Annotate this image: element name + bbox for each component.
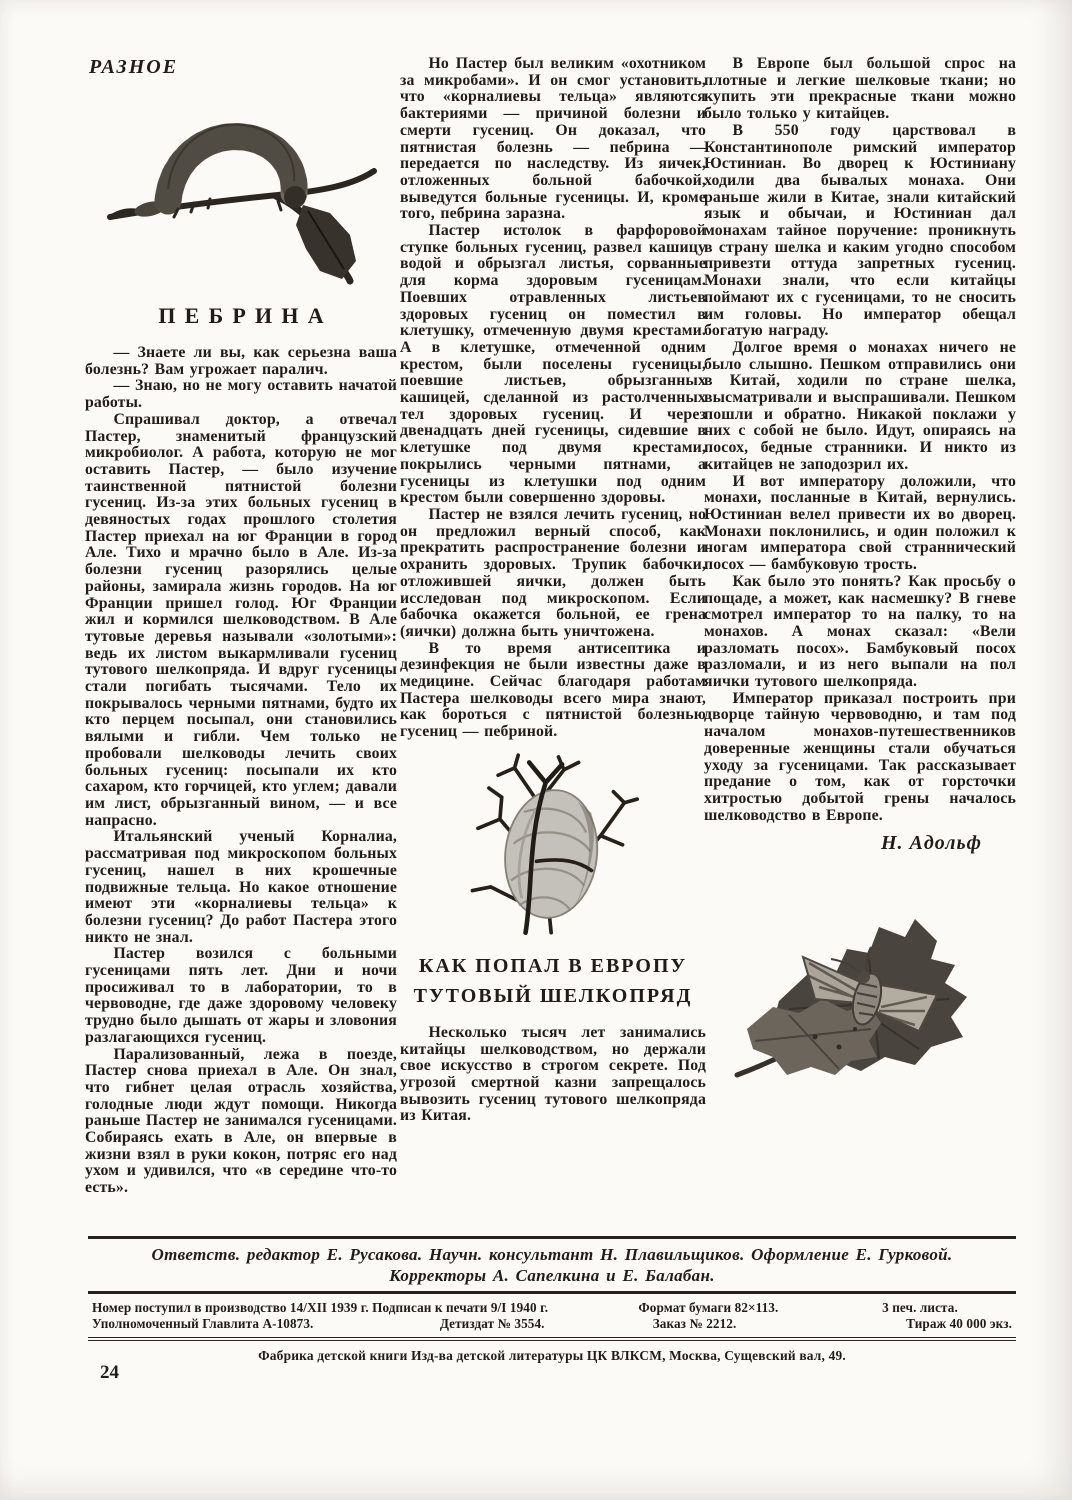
paragraph: Спрашивал доктор, а отвечал Пастер, знам… <box>85 412 397 830</box>
imprint-paper-format: Формат бумаги 82×113. <box>589 1300 828 1316</box>
imprint-block: Номер поступил в производство 14/XII 193… <box>88 1300 1016 1332</box>
pebrina-column2-text: Но Пастер был великим «охотником за микр… <box>400 56 706 741</box>
footer-double-rule <box>88 1337 1016 1341</box>
pebrina-column1-text: — Знаете ли вы, как серьезна ваша болезн… <box>85 345 397 1197</box>
imprint-detizdat: Детиздат № 3554. <box>396 1316 589 1332</box>
cocoon-illustration <box>434 751 672 935</box>
page-number: 24 <box>100 1362 119 1384</box>
author-signature: Н. Адольф <box>704 832 1016 855</box>
column-1: РАЗНОЕ ПЕБРИНА — Знаете ли вы, как серье… <box>85 56 397 1197</box>
imprint-glavlit: Уполномоченный Главлита А-10873. <box>92 1316 396 1332</box>
silkworm-column3-text: В Европе был большой спрос на плотные и … <box>704 56 1016 824</box>
imprint-row-1: Номер поступил в производство 14/XII 193… <box>92 1300 1012 1316</box>
paragraph: Парализованный, лежа в поезде, Пастер сн… <box>85 1047 397 1197</box>
paragraph: Итальянский ученый Корналиа, рассматрива… <box>85 829 397 946</box>
paragraph: Но Пастер был великим «охотником за микр… <box>400 56 706 223</box>
printer-line: Фабрика детской книги Изд-ва детской лит… <box>88 1348 1016 1364</box>
paragraph: В Европе был большой спрос на плотные и … <box>704 56 1016 123</box>
footer-mid-rule <box>88 1291 1016 1294</box>
caterpillar-illustration <box>98 93 384 285</box>
paragraph: Император приказал построить при дворце … <box>704 691 1016 825</box>
editors-line: Ответств. редактор Е. Русакова. Научн. к… <box>88 1245 1016 1265</box>
paragraph: Пастер не взялся лечить гусениц, но он п… <box>400 507 706 641</box>
paragraph: Пастер возился с больными гусеницами пят… <box>85 946 397 1046</box>
imprint-order: Заказ № 2212. <box>589 1316 801 1332</box>
paragraph: — Знаю, но не могу оставить начатой рабо… <box>85 378 397 411</box>
paragraph: Как было это понять? Как просьбу о пощад… <box>704 574 1016 691</box>
paragraph: — Знаете ли вы, как серьезна ваша болезн… <box>85 345 397 378</box>
imprint-row-2: Уполномоченный Главлита А-10873. Детизда… <box>92 1316 1012 1332</box>
magazine-page: РАЗНОЕ ПЕБРИНА — Знаете ли вы, как серье… <box>0 0 1072 1500</box>
moth-illustration <box>719 879 1001 1087</box>
paragraph: В то время антисептика и дезинфекция не … <box>400 641 706 741</box>
silkworm-intro-text: Несколько тысяч лет занимались китайцы ш… <box>400 1025 706 1125</box>
paragraph: Несколько тысяч лет занимались китайцы ш… <box>400 1025 706 1125</box>
column-3: В Европе был большой спрос на плотные и … <box>704 56 1016 1087</box>
correctors-line: Корректоры А. Сапелкина и Е. Балабан. <box>88 1266 1016 1286</box>
paragraph: И вот императору доложили, что монахи, п… <box>704 474 1016 574</box>
article-title-silkworm: КАК ПОПАЛ В ЕВРОПУ ТУТОВЫЙ ШЕЛКОПРЯД <box>400 951 706 1011</box>
paragraph: Долгое время о монахах ничего не было сл… <box>704 340 1016 474</box>
paragraph: Пастер истолок в фарфоровой ступке больн… <box>400 223 706 507</box>
section-label: РАЗНОЕ <box>89 56 397 79</box>
footer-top-rule <box>88 1236 1016 1239</box>
imprint-print-run: Тираж 40 000 экз. <box>800 1316 1012 1332</box>
paragraph: В 550 году царствовал в Константинополе … <box>704 123 1016 340</box>
article-title-pebrina: ПЕБРИНА <box>85 303 397 329</box>
imprint-sheets: 3 печ. листа. <box>828 1300 1012 1316</box>
imprint-footer: Ответств. редактор Е. Русакова. Научн. к… <box>88 1236 1016 1364</box>
column-2: Но Пастер был великим «охотником за микр… <box>400 56 706 1125</box>
imprint-dates: Номер поступил в производство 14/XII 193… <box>92 1300 589 1316</box>
